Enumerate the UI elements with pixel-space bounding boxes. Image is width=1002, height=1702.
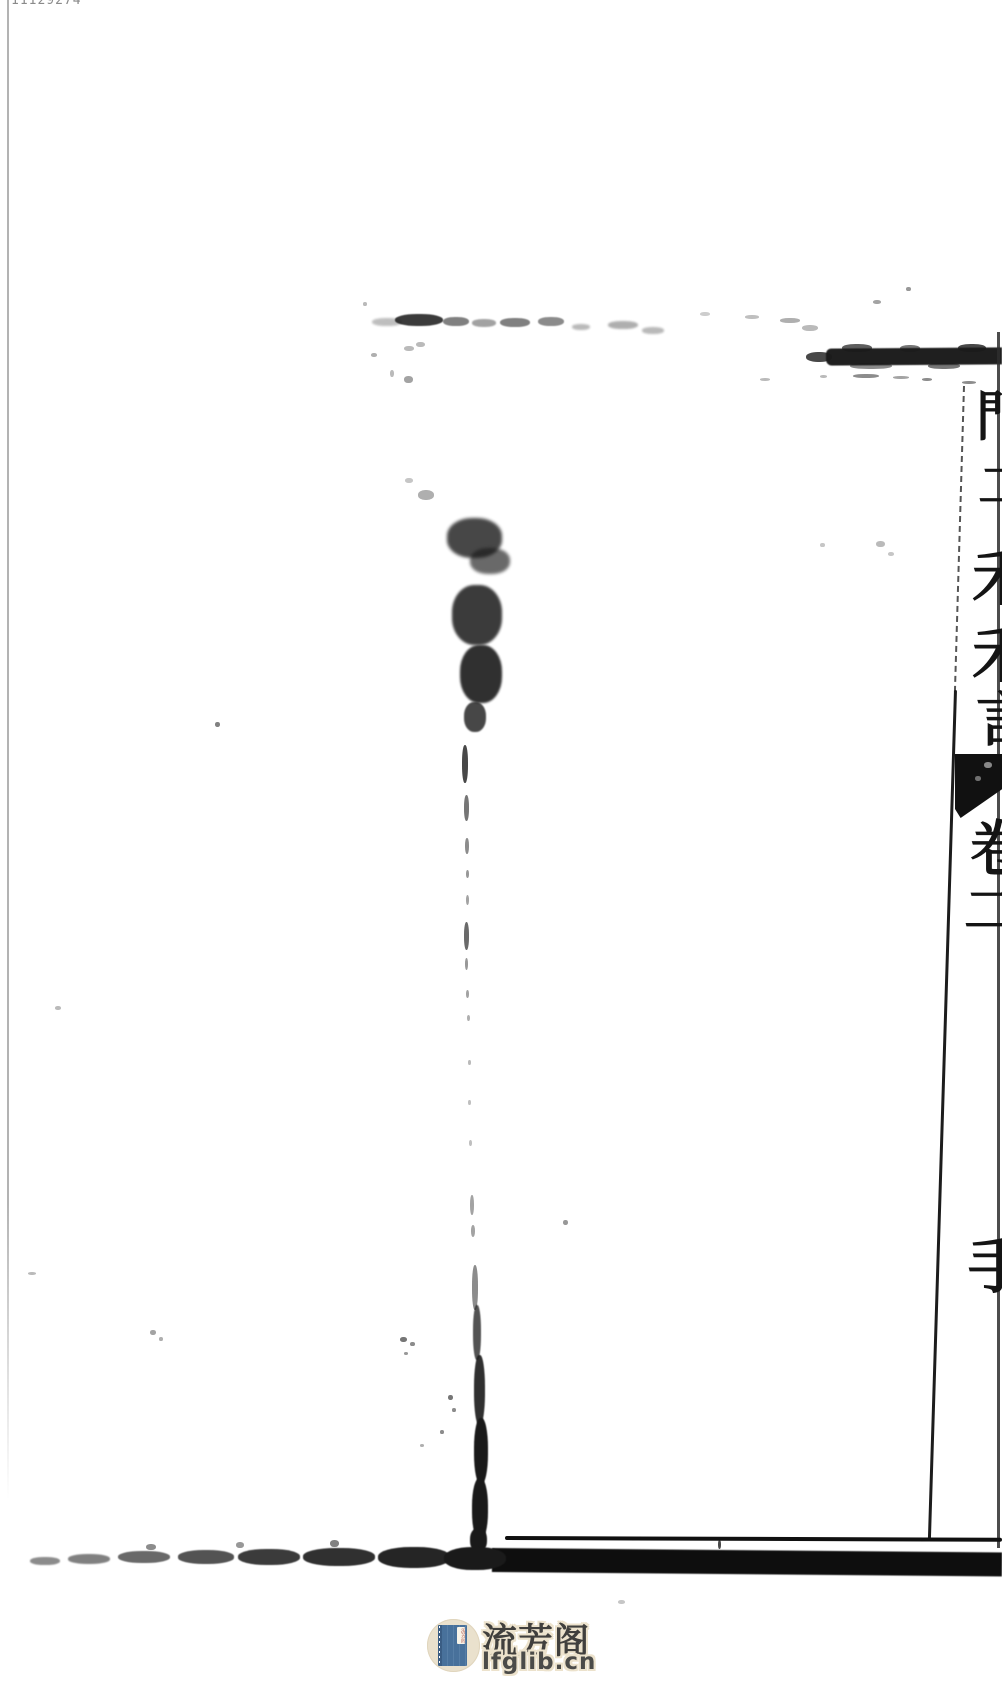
ink-speck [448, 1395, 453, 1400]
ink-speck [906, 287, 911, 291]
ink-speck [462, 745, 468, 783]
watermark: 流芳阁 流芳阁 lfglib.cn [424, 1596, 684, 1692]
book-stitch-icon [439, 1626, 440, 1664]
thread-bound-book-icon: 流芳阁 [438, 1625, 467, 1666]
ink-speck [460, 645, 502, 703]
ink-speck [404, 376, 413, 383]
ink-speck [159, 1337, 163, 1341]
ink-speck [395, 314, 443, 326]
ink-speck [780, 318, 800, 323]
ink-speck [474, 1355, 485, 1425]
ink-speck [68, 1554, 110, 1564]
ink-speck [30, 1557, 60, 1565]
title-char: 言 [976, 692, 1002, 750]
ink-speck [416, 342, 425, 347]
ink-speck [876, 541, 885, 547]
ink-speck [28, 1272, 36, 1275]
ink-speck [470, 1195, 474, 1215]
ink-speck [464, 922, 469, 950]
ink-speck [853, 374, 879, 378]
ink-speck [873, 300, 881, 304]
ink-speck [330, 1540, 339, 1547]
ink-speck [464, 795, 469, 821]
ink-speck [465, 838, 469, 854]
ink-speck [958, 344, 986, 352]
scan-number: 11129274 [11, 0, 82, 8]
ink-speck [888, 552, 894, 556]
ink-speck [371, 353, 377, 357]
volume-char: 卷 [970, 820, 1002, 880]
ink-speck [418, 490, 434, 500]
ink-speck [842, 344, 872, 352]
ink-speck [466, 870, 469, 878]
ink-speck [464, 702, 486, 732]
ink-speck [572, 324, 590, 330]
ink-speck [404, 1352, 408, 1355]
ink-speck [700, 312, 710, 316]
volume-char: 二 [964, 884, 1002, 938]
ink-speck [468, 1060, 471, 1065]
column-divider-dashed [954, 386, 965, 692]
ink-speck [806, 352, 832, 362]
ink-speck [468, 1100, 471, 1105]
ink-speck [760, 378, 770, 381]
ink-speck [444, 1547, 506, 1570]
ink-speck [975, 776, 981, 781]
ink-speck [390, 370, 394, 377]
ink-speck [474, 1418, 488, 1484]
title-char: 二 [978, 462, 1002, 514]
ink-speck [850, 363, 892, 369]
ink-speck [150, 1330, 156, 1335]
ink-speck [820, 375, 827, 378]
ink-speck [363, 302, 367, 306]
column-divider [928, 690, 957, 1540]
ink-speck [303, 1548, 375, 1566]
ink-speck [378, 1547, 450, 1568]
ink-block [955, 754, 1002, 818]
ink-speck [470, 548, 510, 574]
ink-speck [452, 1408, 456, 1412]
title-char: 禾 [972, 625, 1002, 687]
ink-speck [236, 1542, 244, 1548]
ink-speck [440, 1430, 444, 1434]
ink-speck [238, 1549, 300, 1565]
ink-speck [465, 958, 468, 970]
ink-speck [469, 1140, 472, 1146]
ink-speck [472, 319, 496, 327]
ink-speck [473, 1305, 481, 1360]
ink-speck [928, 363, 960, 369]
scanned-genealogy-page: 11129274 [0, 0, 1002, 1702]
ink-speck [608, 321, 638, 329]
page-left-edge [7, 0, 9, 1500]
book-title-slip: 流芳阁 [457, 1627, 465, 1644]
ink-speck [215, 722, 220, 727]
ink-speck [146, 1544, 156, 1550]
ink-speck [467, 1015, 470, 1021]
ink-speck [466, 895, 469, 905]
ink-speck [500, 318, 530, 327]
ink-speck [745, 315, 759, 319]
book-icon: 流芳阁 [427, 1619, 480, 1672]
ink-speck [410, 1342, 415, 1346]
bottom-rule-thick [492, 1548, 1002, 1576]
ink-speck [802, 325, 818, 331]
ink-speck [538, 317, 564, 326]
title-char: 門 [976, 390, 1002, 444]
ink-speck [962, 381, 976, 384]
ink-speck [118, 1551, 170, 1563]
ink-speck [178, 1550, 234, 1564]
ink-speck [466, 990, 469, 998]
ink-speck [420, 1444, 424, 1447]
ink-speck [820, 543, 825, 547]
ink-speck [893, 376, 909, 379]
ink-speck [984, 762, 992, 768]
ink-speck [472, 1265, 478, 1310]
ink-speck [55, 1006, 61, 1010]
title-char: 手 [968, 1236, 1002, 1298]
ink-speck [471, 1225, 475, 1237]
ink-speck [563, 1220, 568, 1225]
ink-speck [922, 378, 932, 381]
watermark-domain: lfglib.cn [482, 1649, 596, 1675]
ink-speck [642, 327, 664, 334]
bottom-rule-thin [505, 1536, 1002, 1542]
ink-speck [404, 346, 414, 351]
ink-speck [443, 317, 469, 326]
title-char: 禾 [972, 548, 1002, 610]
ink-speck [400, 1337, 407, 1342]
ink-speck [452, 585, 502, 645]
ink-speck [718, 1540, 721, 1549]
ink-speck [405, 478, 413, 483]
ink-speck [900, 345, 920, 352]
